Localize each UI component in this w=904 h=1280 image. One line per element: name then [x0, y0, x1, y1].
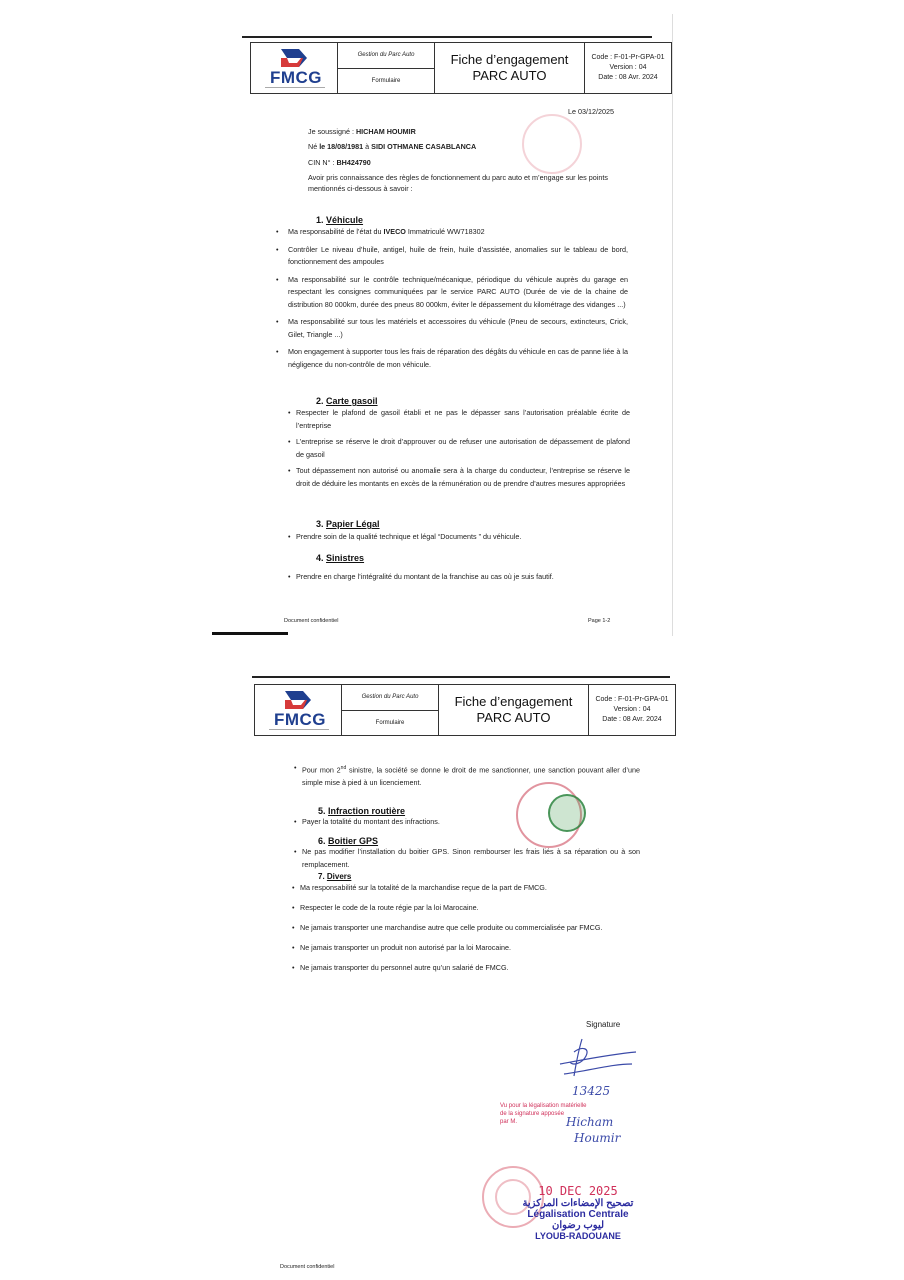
list-item: Ma responsabilité sur la totalité de la … [292, 882, 638, 893]
cin-value: BH424790 [336, 158, 370, 167]
legalization-stamp: 10 DEC 2025 تصحيح الإمضاءات المركزية Lég… [508, 1184, 648, 1241]
section-number: 4. [316, 553, 324, 563]
section-label: Sinistres [326, 553, 364, 563]
section-title: 6. Boitier GPS [318, 836, 378, 846]
logo-tagline [265, 87, 325, 88]
section-number: 7. [318, 872, 325, 881]
note-line: Vu pour la légalisation matérielle [500, 1102, 587, 1110]
stamp-french: Légalisation Centrale [508, 1209, 648, 1220]
list-item: Ne jamais transporter un produit non aut… [292, 942, 638, 953]
section-5-list: Payer la totalité du montant des infract… [294, 816, 634, 833]
identity-cin: CIN N° : BH424790 [308, 157, 371, 168]
title-line2: PARC AUTO [477, 710, 551, 726]
fmcg-logo-icon [281, 689, 317, 711]
list-item: Payer la totalité du montant des infract… [294, 816, 634, 829]
list-item: Contrôler Le niveau d’huile, antigel, hu… [274, 244, 628, 269]
document-title: Fiche d’engagement PARC AUTO [435, 43, 585, 93]
section-title: 2. Carte gasoil [316, 396, 378, 406]
title-line1: Fiche d’engagement [455, 694, 573, 710]
logo: FMCG [251, 43, 338, 93]
document-header: FMCG Gestion du Parc Auto Formulaire Fic… [250, 42, 672, 94]
handwritten-first-name: Hicham [566, 1114, 620, 1130]
intro-paragraph: Avoir pris connaissance des règles de fo… [308, 172, 638, 194]
list-item: Ne jamais transporter une marchandise au… [292, 922, 638, 933]
document-page-1: FMCG Gestion du Parc Auto Formulaire Fic… [212, 14, 673, 636]
list-item: Ma responsabilité sur tous les matériels… [274, 316, 628, 341]
section-number: 1. [316, 215, 324, 225]
doc-date: Date : 08 Avr. 2024 [602, 715, 661, 725]
identity-name: Je soussigné : HICHAM HOUMIR [308, 126, 416, 137]
doc-code: Code : F-01-Pr-GPA-01 [591, 53, 664, 63]
logo-text: FMCG [265, 710, 335, 730]
doc-date: Date : 08 Avr. 2024 [598, 73, 657, 83]
list-item: Tout dépassement non autorisé ou anomali… [288, 465, 630, 490]
section-title: 4. Sinistres [316, 553, 364, 563]
footer-confidential: Document confidentiel [280, 1264, 334, 1270]
section-3-list: Prendre soin de la qualité technique et … [288, 531, 630, 548]
section-title: 7. Divers [318, 872, 351, 881]
section-1-list: Ma responsabilité de l’état du IVECO Imm… [274, 226, 628, 376]
page-number: Page 1-2 [588, 618, 610, 624]
section-7-list: Ma responsabilité sur la totalité de la … [292, 882, 638, 982]
list-item: Ma responsabilité de l’état du IVECO Imm… [274, 226, 628, 239]
section-title: 5. Infraction routière [318, 806, 405, 816]
label: Je soussigné : [308, 127, 356, 136]
logo-tagline [269, 729, 329, 730]
section-number: 3. [316, 519, 324, 529]
doc-code: Code : F-01-Pr-GPA-01 [595, 695, 668, 705]
document-meta: Code : F-01-Pr-GPA-01 Version : 04 Date … [589, 685, 675, 735]
section-label: Divers [327, 872, 351, 881]
label: à [363, 142, 371, 151]
list-item: Ne pas modifier l’installation du boitie… [294, 846, 640, 871]
label: CIN N° : [308, 158, 336, 167]
section-number: 6. [318, 836, 326, 846]
title-line1: Fiche d’engagement [451, 52, 569, 68]
continuation-list: Pour mon 2nd sinistre, la société se don… [294, 762, 640, 793]
header-category: Gestion du Parc Auto Formulaire [342, 685, 439, 735]
fmcg-logo-icon [277, 47, 313, 69]
doc-version: Version : 04 [610, 63, 647, 73]
category-bottom: Formulaire [338, 69, 434, 94]
document-page-2: FMCG Gestion du Parc Auto Formulaire Fic… [212, 646, 672, 1280]
list-item: Mon engagement à supporter tous les frai… [274, 346, 628, 371]
birth-date: le 18/08/1981 [319, 142, 363, 151]
logo: FMCG [255, 685, 342, 735]
stamp-name: LYOUB-RADOUANE [508, 1231, 648, 1241]
section-title: 3. Papier Légal [316, 519, 380, 529]
title-line2: PARC AUTO [473, 68, 547, 84]
list-item: Pour mon 2nd sinistre, la société se don… [294, 762, 640, 789]
letter-date: Le 03/12/2025 [568, 106, 614, 117]
handwritten-name: Hicham Houmir [566, 1114, 620, 1146]
logo-text: FMCG [261, 68, 331, 88]
footer-confidential: Document confidentiel [284, 618, 338, 624]
signature-icon [552, 1034, 642, 1084]
header-category: Gestion du Parc Auto Formulaire [338, 43, 435, 93]
document-title: Fiche d’engagement PARC AUTO [439, 685, 589, 735]
stamp-arabic-1: تصحيح الإمضاءات المركزية [508, 1198, 648, 1209]
birth-place: SIDI OTHMANE CASABLANCA [371, 142, 476, 151]
legalization-number: 13425 [572, 1086, 610, 1097]
list-item: Respecter le code de la route régie par … [292, 902, 638, 913]
scan-edge [212, 632, 288, 635]
page-edge [242, 36, 652, 38]
section-label: Infraction routière [328, 806, 405, 816]
doc-version: Version : 04 [614, 705, 651, 715]
document-meta: Code : F-01-Pr-GPA-01 Version : 04 Date … [585, 43, 671, 93]
category-bottom: Formulaire [342, 711, 438, 736]
category-top: Gestion du Parc Auto [342, 685, 438, 711]
list-item: Prendre soin de la qualité technique et … [288, 531, 630, 544]
list-item: Respecter le plafond de gasoil établi et… [288, 407, 630, 432]
list-item: Ma responsabilité sur le contrôle techni… [274, 274, 628, 312]
section-label: Carte gasoil [326, 396, 378, 406]
category-top: Gestion du Parc Auto [338, 43, 434, 69]
section-6-list: Ne pas modifier l’installation du boitie… [294, 846, 640, 875]
faint-stamp [522, 114, 582, 174]
stamp-date: 10 DEC 2025 [508, 1184, 648, 1198]
list-item: Ne jamais transporter du personnel autre… [292, 962, 638, 973]
page-edge [252, 676, 670, 678]
list-item: Prendre en charge l’intégralité du monta… [288, 571, 630, 584]
stamp-arabic-2: ليوب رضوان [508, 1220, 648, 1231]
section-title: 1. Véhicule [316, 215, 363, 225]
section-number: 2. [316, 396, 324, 406]
label: Né [308, 142, 319, 151]
section-label: Papier Légal [326, 519, 380, 529]
list-item: L’entreprise se réserve le droit d’appro… [288, 436, 630, 461]
section-label: Boitier GPS [328, 836, 378, 846]
handwritten-last-name: Houmir [566, 1130, 620, 1146]
section-4-list: Prendre en charge l’intégralité du monta… [288, 571, 630, 588]
name-value: HICHAM HOUMIR [356, 127, 416, 136]
identity-birth: Né le 18/08/1981 à SIDI OTHMANE CASABLAN… [308, 141, 476, 152]
section-number: 5. [318, 806, 326, 816]
section-label: Véhicule [326, 215, 363, 225]
signature-label: Signature [586, 1019, 620, 1030]
section-2-list: Respecter le plafond de gasoil établi et… [288, 407, 630, 494]
document-header: FMCG Gestion du Parc Auto Formulaire Fic… [254, 684, 676, 736]
